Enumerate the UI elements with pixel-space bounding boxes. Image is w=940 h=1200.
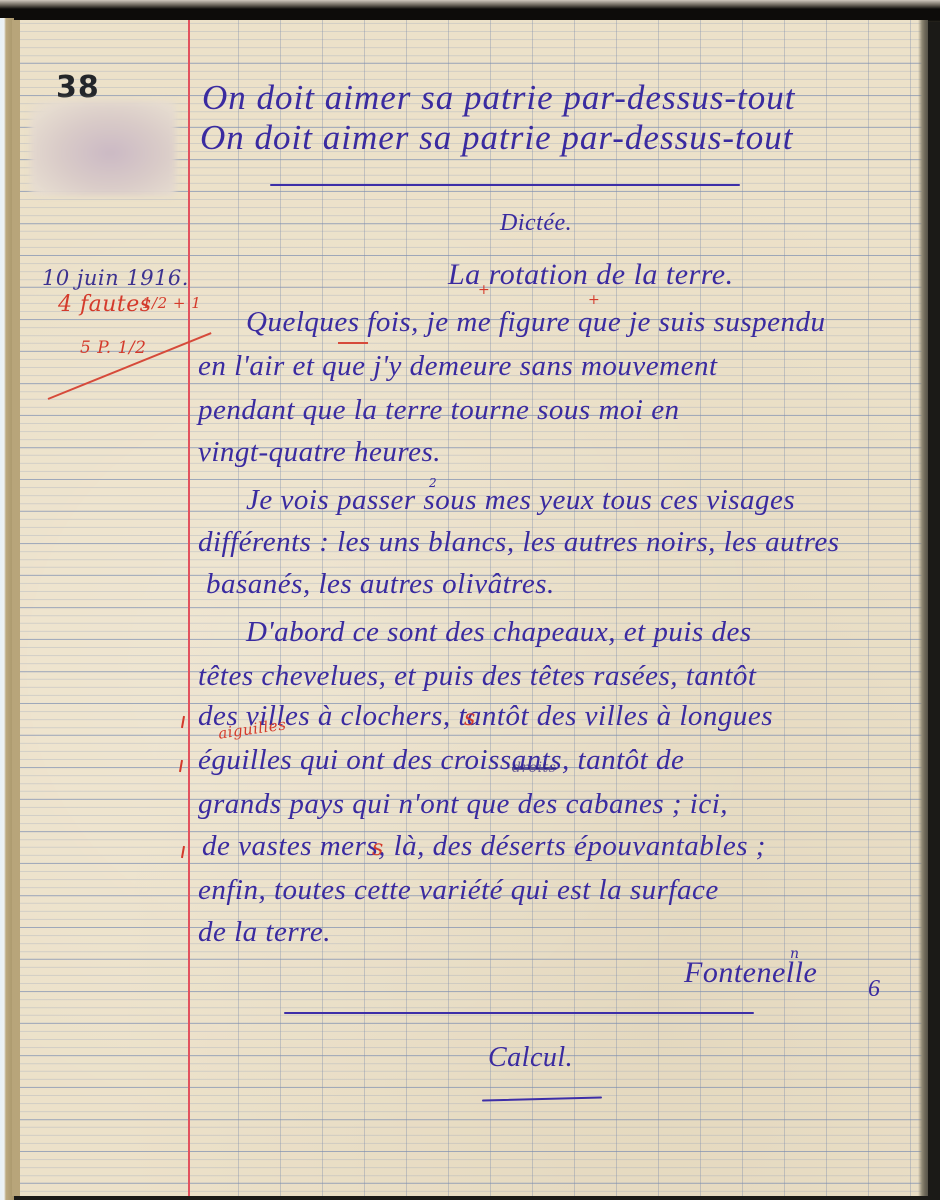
dictation-line-9: têtes chevelues, et puis des têtes rasée… <box>198 660 756 693</box>
struck-word: droits <box>512 760 556 776</box>
margin-faults-fraction: 1/2 + 1 <box>142 294 201 312</box>
margin-date: 10 juin 1916. <box>42 266 189 290</box>
dictation-line-3: pendant que la terre tourne sous moi en <box>198 394 680 427</box>
dictation-line-15: de la terre. <box>198 916 331 949</box>
calcul-heading: Calcul. <box>488 1042 573 1074</box>
mers-correction: s <box>372 836 384 861</box>
vertical-grid <box>238 20 928 1196</box>
author-score: 6 <box>868 976 881 1003</box>
dictation-line-7: basanés, les autres olivâtres. <box>206 568 555 601</box>
figure-correction-mark: + <box>588 292 600 308</box>
dictation-line-6: différents : les uns blancs, les autres … <box>198 526 840 559</box>
dictation-line-5: Je vois passer sous mes yeux tous ces vi… <box>246 484 795 517</box>
dictation-line-4: vingt-quatre heures. <box>198 436 441 469</box>
dictation-line-1: Quelques fois, je me figure que je suis … <box>246 306 826 339</box>
red-margin-line <box>188 20 190 1196</box>
dictation-line-13: de vastes mers, là, des déserts épouvant… <box>202 830 766 863</box>
margin-faults: 4 fautes <box>58 292 152 317</box>
quelques-underline <box>338 342 368 344</box>
copy-line-2: On doit aimer sa patrie par-dessus-tout <box>200 118 793 158</box>
separator-rule-bottom <box>284 1012 754 1014</box>
dictation-line-2: en l'air et que j'y demeure sans mouveme… <box>198 350 718 383</box>
dictation-heading: Dictée. <box>500 210 572 237</box>
dictation-line-14: enfin, toutes cette variété qui est la s… <box>198 874 719 907</box>
redacted-name-block <box>30 100 176 196</box>
notebook-page: 38 On doit aimer sa patrie par-dessus-to… <box>12 20 928 1196</box>
margin-score: 5 P. 1/2 <box>80 338 146 358</box>
passer-correction-mark: 2 <box>429 476 437 490</box>
dictation-line-12: grands pays qui n'ont que des cabanes ; … <box>198 788 728 821</box>
clochers-correction: s <box>464 706 476 731</box>
copy-line-1: On doit aimer sa patrie par-dessus-tout <box>202 78 795 118</box>
title-correction-mark: + <box>478 282 490 298</box>
dictation-line-11: éguilles qui ont des croissants, tantôt … <box>198 744 684 777</box>
page-right-edge <box>918 20 928 1196</box>
scan-top-edge <box>0 0 940 22</box>
dictation-line-8: D'abord ce sont des chapeaux, et puis de… <box>246 616 752 649</box>
separator-rule-top <box>270 184 740 186</box>
author-signature: Fontenelle <box>684 956 817 990</box>
dictation-title: La rotation de la terre. <box>448 258 734 292</box>
